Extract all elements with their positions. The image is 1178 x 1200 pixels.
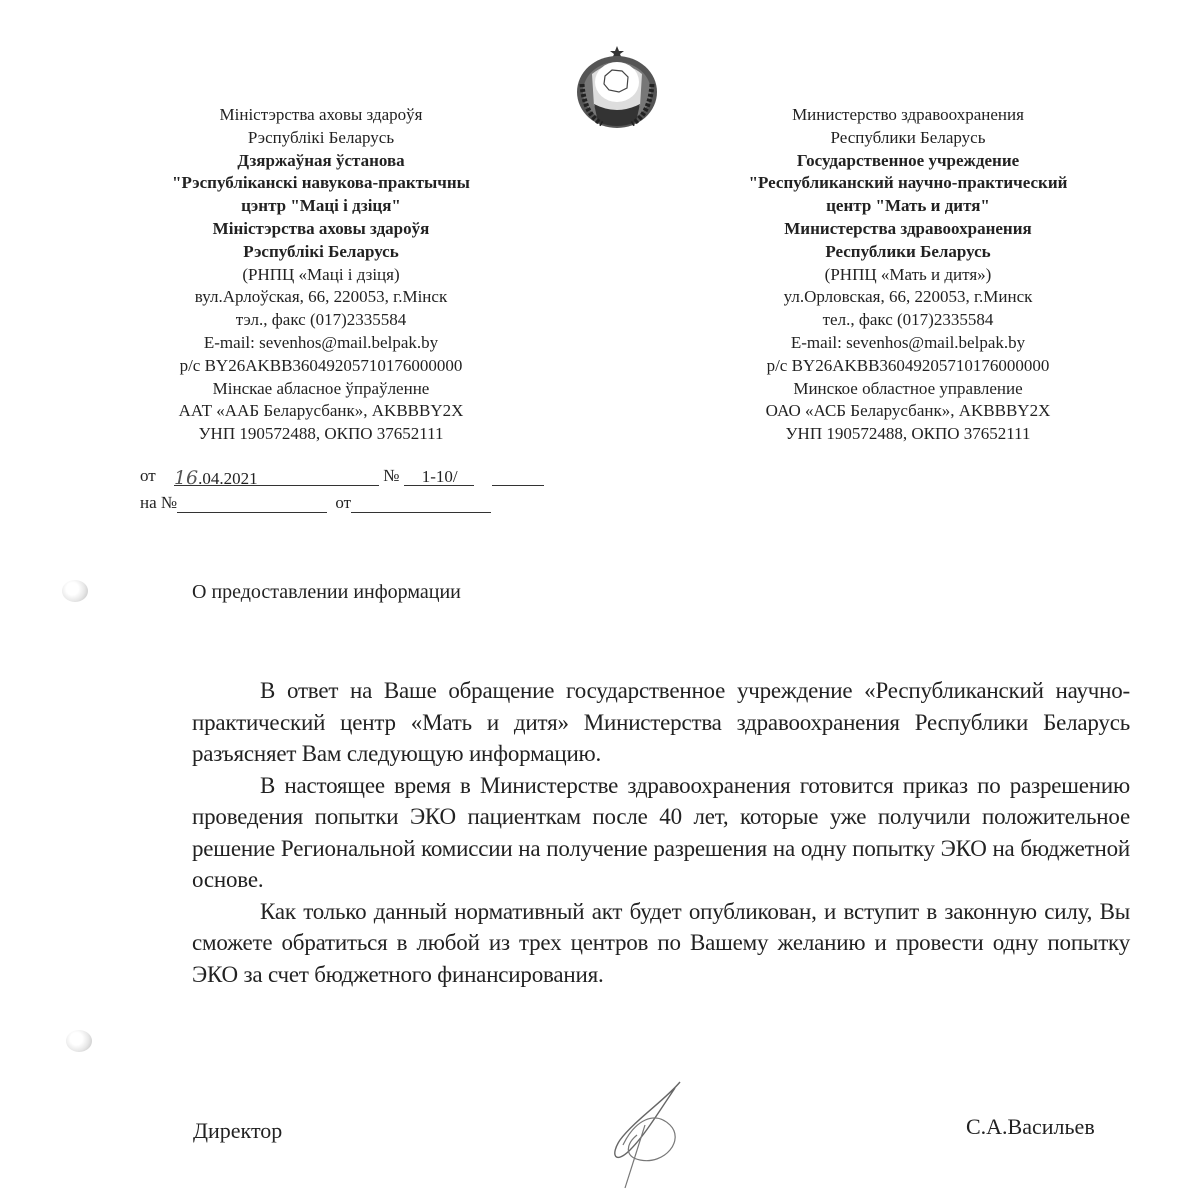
reply-number-label: №	[161, 493, 177, 512]
reply-label: на	[140, 493, 157, 512]
date-printed: .04.2021	[198, 469, 258, 488]
signatory-role: Директор	[193, 1118, 282, 1144]
date-field-underline	[319, 467, 379, 486]
letterhead-email: E-mail: sevenhos@mail.belpak.by	[708, 332, 1108, 355]
letterhead-ids: УНП 190572488, ОКПО 37652111	[121, 423, 521, 446]
reply-number-field	[177, 494, 327, 513]
number-label: №	[383, 466, 399, 485]
body-paragraph: В настоящее время в Министерстве здравоо…	[192, 770, 1130, 896]
handwritten-signature-icon	[595, 1080, 705, 1190]
belarus-state-emblem-icon	[572, 44, 662, 132]
letterhead-line: цэнтр "Маці і дзіця"	[121, 195, 521, 218]
letterhead-bank: ААТ «ААБ Беларусбанк», AKBBBY2X	[121, 400, 521, 423]
letterhead-line: Минское областное управление	[708, 378, 1108, 401]
punch-hole-mark	[62, 580, 88, 602]
letterhead-account: р/с BY26AKBB36049205710176000000	[708, 355, 1108, 378]
signatory-name: С.А.Васильев	[966, 1114, 1095, 1140]
punch-hole-mark	[66, 1030, 92, 1052]
number-suffix-field	[492, 467, 544, 486]
letterhead-line: Дзяржаўная ўстанова	[121, 150, 521, 173]
letterhead-line: Рэспублікі Беларусь	[121, 241, 521, 264]
letterhead-ids: УНП 190572488, ОКПО 37652111	[708, 423, 1108, 446]
number-value: 1-10/	[422, 467, 474, 486]
letterhead-line: (РНПЦ «Мать и дитя»)	[708, 264, 1108, 287]
letterhead-belarusian: Міністэрства аховы здароўя Рэспублікі Бе…	[121, 104, 521, 446]
number-underline	[404, 467, 422, 486]
letterhead-address: вул.Арлоўская, 66, 220053, г.Мінск	[121, 286, 521, 309]
letterhead-line: Мінскае абласное ўпраўленне	[121, 378, 521, 401]
date-handwritten-day: 16	[174, 467, 198, 489]
letterhead-line: Республики Беларусь	[708, 241, 1108, 264]
letterhead-email: E-mail: sevenhos@mail.belpak.by	[121, 332, 521, 355]
letterhead-russian: Министерство здравоохранения Республики …	[708, 104, 1108, 446]
from-label: от	[140, 466, 156, 485]
body-paragraph: Как только данный нормативный акт будет …	[192, 896, 1130, 991]
body-paragraph: В ответ на Ваше обращение государственно…	[192, 675, 1130, 770]
letterhead-line: Министерство здравоохранения	[708, 104, 1108, 127]
letter-body: В ответ на Ваше обращение государственно…	[192, 675, 1130, 990]
letterhead-line: Рэспублікі Беларусь	[121, 127, 521, 150]
letterhead-phone: тэл., факс (017)2335584	[121, 309, 521, 332]
date-field: 16.04.2021	[174, 467, 319, 486]
letterhead-line: "Республиканский научно-практический	[708, 172, 1108, 195]
reply-date-field	[351, 494, 491, 513]
letterhead-line: (РНПЦ «Маці і дзіця)	[121, 264, 521, 287]
letterhead-phone: тел., факс (017)2335584	[708, 309, 1108, 332]
letterhead-line: Министерства здравоохранения	[708, 218, 1108, 241]
outgoing-registration-line: от 16.04.2021 № 1-10/	[140, 466, 544, 486]
letterhead-address: ул.Орловская, 66, 220053, г.Минск	[708, 286, 1108, 309]
letterhead-line: Міністэрства аховы здароўя	[121, 218, 521, 241]
letterhead-line: "Рэспубліканскі навукова-практычны	[121, 172, 521, 195]
reply-from-label: от	[335, 493, 351, 512]
letterhead-line: Республики Беларусь	[708, 127, 1108, 150]
letterhead-line: центр "Мать и дитя"	[708, 195, 1108, 218]
letter-subject: О предоставлении информации	[192, 581, 461, 604]
letterhead-line: Міністэрства аховы здароўя	[121, 104, 521, 127]
letterhead-bank: ОАО «АСБ Беларусбанк», AKBBBY2X	[708, 400, 1108, 423]
letterhead-account: р/с BY26AKBB36049205710176000000	[121, 355, 521, 378]
incoming-reference-line: на № от	[140, 493, 491, 513]
letterhead-line: Государственное учреждение	[708, 150, 1108, 173]
